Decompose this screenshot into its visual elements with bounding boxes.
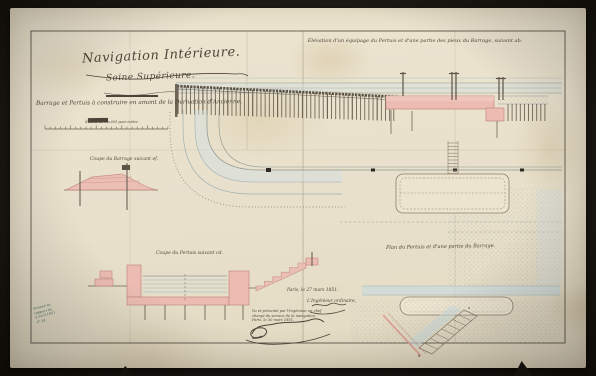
scale-bar [45, 126, 168, 130]
barrage-section-caption: Coupe du Barrage suivant ef. [90, 157, 158, 162]
photograph-of-drawing: Navigation Intérieure. Seine Supérieure.… [0, 0, 596, 376]
elevation-caption: Élévation d'un équipage du Pertuis et d'… [295, 38, 535, 44]
barrage-section-drawing [64, 163, 158, 210]
signature-engineer-title: L'Ingénieur ordinaire, [307, 299, 356, 304]
plan-marker-a: a [468, 306, 470, 310]
signature-place-date: Paris, le 27 mars 1851. [287, 288, 338, 293]
signature-note: Vu et présenté par l'Ingénieur en chef c… [252, 309, 342, 323]
drawing-sheet: Navigation Intérieure. Seine Supérieure.… [10, 8, 586, 368]
plan-marker-b: b [418, 354, 420, 358]
pertuis-section-caption: Coupe du Pertuis suivant cd. [156, 251, 223, 256]
scale-label: Échelle de 0m,005 pour mètre. [62, 120, 162, 124]
